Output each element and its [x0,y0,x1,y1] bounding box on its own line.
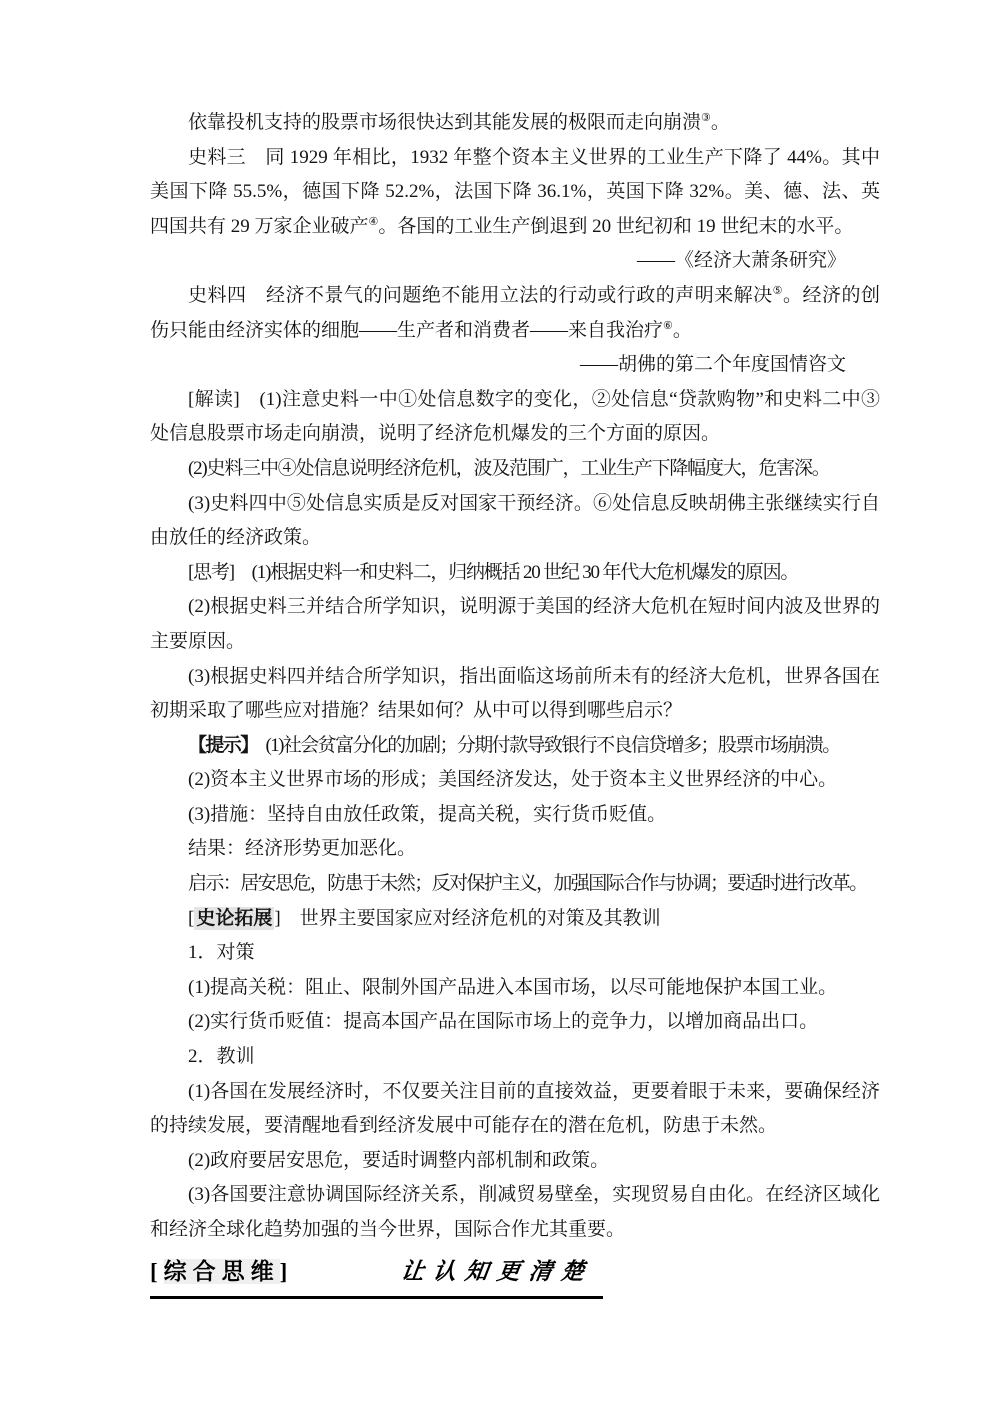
para-shilun-tuozhan: [史论拓展] 世界主要国家应对经济危机的对策及其教训 [150,902,880,937]
text-segment: [解读] (1)注意史料一中①处信息数字的变化，②处信息“贷款购物”和史料二中③… [150,389,880,445]
section-heading-label: [综合思维] [150,1259,293,1284]
open-bracket: [ [150,1259,164,1284]
para-tishi-1: 【提示】 (1)社会贫富分化的加剧；分期付款导致银行不良信贷增多；股票市场崩溃。 [150,729,880,764]
para-sikao-1: [思考] (1)根据史料一和史料二，归纳概括 20 世纪 30 年代大危机爆发的… [150,556,880,591]
text-segment: 2．教训 [188,1046,255,1067]
page: 依靠投机支持的股票市场很快达到其能发展的极限而走向崩溃③。史料三 同 1929 … [0,0,1000,1414]
text-segment: 。 [711,112,730,133]
text-segment: (2)根据史料三并结合所学知识，说明源于美国的经济大危机在短时间内波及世界的主要… [150,596,880,652]
text-segment: ] 世界主要国家应对经济危机的对策及其教训 [274,908,660,929]
section-heading-comprehensive-thinking: [综合思维]让认知更清楚 [150,1255,880,1300]
para-shiliao-si: 史料四 经济不景气的问题绝不能用立法的行动或行政的声明来解决⑤。经济的创伤只能由… [150,279,880,348]
para-jiedu-1: [解读] (1)注意史料一中①处信息数字的变化，②处信息“贷款购物”和史料二中③… [150,383,880,452]
footnote-marker: ④ [369,216,379,228]
section-heading-tagline: 让认知更清楚 [399,1255,596,1290]
text-segment: 史论拓展 [194,907,274,930]
text-segment: (2)史料三中④处信息说明经济危机，波及范围广，工业生产下降幅度大，危害深。 [188,458,830,479]
footnote-marker: ⑤ [773,285,783,297]
text-segment: 结果：经济形势更加恶化。 [188,838,416,859]
para-qishi: 启示：居安思危，防患于未然；反对保护主义，加强国际合作与协调；要适时进行改革。 [150,867,880,902]
text-segment: 启示：居安思危，防患于未然；反对保护主义，加强国际合作与协调；要适时进行改革。 [188,873,867,894]
text-segment: 。各国的工业生产倒退到 20 世纪初和 19 世纪末的水平。 [378,216,853,237]
text-segment: (1)提高关税：阻止、限制外国产品进入本国市场，以尽可能地保护本国工业。 [188,977,837,998]
para-duice-2: (2)实行货币贬值：提高本国产品在国际市场上的竞争力，以增加商品出口。 [150,1005,880,1040]
text-segment: 史料四 经济不景气的问题绝不能用立法的行动或行政的声明来解决 [188,285,773,306]
text-segment: 1．对策 [188,942,255,963]
text-segment: (1)社会贫富分化的加剧；分期付款导致银行不良信贷增多；股票市场崩溃。 [248,735,840,756]
para-shiliao-san: 史料三 同 1929 年相比，1932 年整个资本主义世界的工业生产下降了 44… [150,141,880,245]
para-duice-1: (1)提高关税：阻止、限制外国产品进入本国市场，以尽可能地保护本国工业。 [150,971,880,1006]
para-sikao-2: (2)根据史料三并结合所学知识，说明源于美国的经济大危机在短时间内波及世界的主要… [150,590,880,659]
para-jiaoxun-2: (2)政府要居安思危，要适时调整内部机制和政策。 [150,1144,880,1179]
para-jiaoxun-3: (3)各国要注意协调国际经济关系，削减贸易壁垒，实现贸易自由化。在经济区域化和经… [150,1178,880,1247]
footnote-marker: ⑥ [663,320,673,332]
text-segment: (2)实行货币贬值：提高本国产品在国际市场上的竞争力，以增加商品出口。 [188,1011,818,1032]
section-heading-underline: [综合思维]让认知更清楚 [150,1255,603,1300]
text-segment: (3)根据史料四并结合所学知识，指出面临这场前所未有的经济大危机，世界各国在初期… [150,666,880,722]
section-heading-label-text: 综合思维 [164,1259,280,1284]
para-jiedu-2: (2)史料三中④处信息说明经济危机，波及范围广，工业生产下降幅度大，危害深。 [150,452,880,487]
text-segment: ——胡佛的第二个年度国情咨文 [580,354,846,375]
text-segment: (1)各国在发展经济时，不仅要关注目前的直接效益，更要着眼于未来，要确保经济的持… [150,1081,880,1137]
text-segment: (3)史料四中⑤处信息实质是反对国家干预经济。⑥处信息反映胡佛主张继续实行自由放… [150,493,880,549]
para-jiaoxun-heading: 2．教训 [150,1040,880,1075]
para-duice-heading: 1．对策 [150,936,880,971]
para-jieguo: 结果：经济形势更加恶化。 [150,832,880,867]
text-segment: 依靠投机支持的股票市场很快达到其能发展的极限而走向崩溃 [188,112,701,133]
text-segment: ——《经济大萧条研究》 [637,250,846,271]
text-segment: 【提示】 [188,735,248,756]
footnote-marker: ③ [701,112,711,124]
para-jiaoxun-1: (1)各国在发展经济时，不仅要关注目前的直接效益，更要着眼于未来，要确保经济的持… [150,1075,880,1144]
text-segment: (3)措施：坚持自由放任政策，提高关税，实行货币贬值。 [188,804,666,825]
text-segment: (2)政府要居安思危，要适时调整内部机制和政策。 [188,1150,609,1171]
para-attribution-hufo: ——胡佛的第二个年度国情咨文 [150,348,880,383]
text-segment: (3)各国要注意协调国际经济关系，削减贸易壁垒，实现贸易自由化。在经济区域化和经… [150,1184,880,1240]
text-segment: 。 [673,320,692,341]
text-segment: [思考] (1)根据史料一和史料二，归纳概括 20 世纪 30 年代大危机爆发的… [188,562,798,583]
para-continuation-shiliao-er: 依靠投机支持的股票市场很快达到其能发展的极限而走向崩溃③。 [150,106,880,141]
para-sikao-3: (3)根据史料四并结合所学知识，指出面临这场前所未有的经济大危机，世界各国在初期… [150,660,880,729]
para-jiedu-3: (3)史料四中⑤处信息实质是反对国家干预经济。⑥处信息反映胡佛主张继续实行自由放… [150,487,880,556]
text-segment: (2)资本主义世界市场的形成；美国经济发达，处于资本主义世界经济的中心。 [188,769,837,790]
document-body: 依靠投机支持的股票市场很快达到其能发展的极限而走向崩溃③。史料三 同 1929 … [150,106,880,1299]
para-attribution-jingji-da-xiaotiao: ——《经济大萧条研究》 [150,244,880,279]
para-tishi-3: (3)措施：坚持自由放任政策，提高关税，实行货币贬值。 [150,798,880,833]
para-tishi-2: (2)资本主义世界市场的形成；美国经济发达，处于资本主义世界经济的中心。 [150,763,880,798]
close-bracket: ] [280,1259,294,1284]
